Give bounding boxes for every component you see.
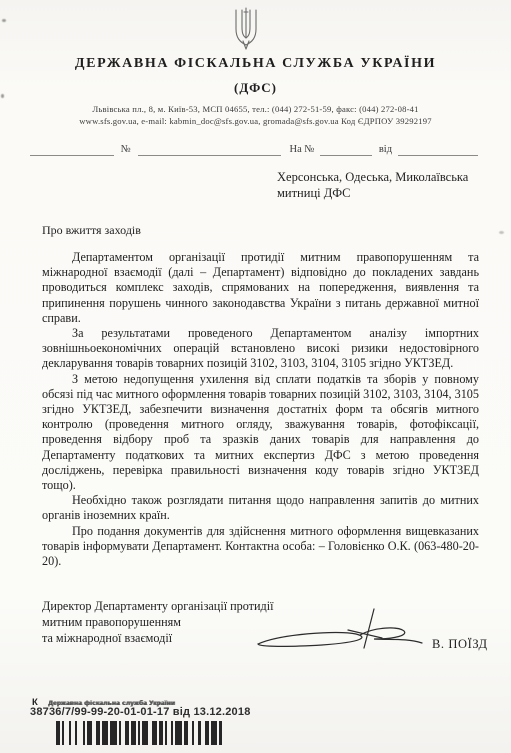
org-name: ДЕРЖАВНА ФІСКАЛЬНА СЛУЖБА УКРАЇНИ bbox=[0, 56, 511, 72]
signatory-title-line: митним правопорушенням bbox=[42, 614, 282, 630]
reference-line: № На № від bbox=[30, 140, 478, 156]
addressee-line: Херсонська, Одеська, Миколаївська bbox=[277, 169, 487, 185]
signatory-title: Директор Департаменту організації протид… bbox=[42, 598, 282, 646]
barcode bbox=[56, 721, 228, 745]
number-label: № bbox=[121, 144, 131, 156]
signatory-title-line: та міжнародної взаємодії bbox=[42, 630, 282, 646]
registration-number: 38736/7/99-99-20-01-01-17 від 13.12.2018 bbox=[30, 706, 260, 718]
org-abbr: (ДФС) bbox=[0, 80, 511, 96]
outgoing-date-blank bbox=[30, 143, 114, 156]
document-page: ДЕРЖАВНА ФІСКАЛЬНА СЛУЖБА УКРАЇНИ (ДФС) … bbox=[0, 0, 511, 753]
subject-line: Про вжиття заходів bbox=[42, 223, 141, 238]
paragraph: Необхідно також розглядати питання щодо … bbox=[42, 493, 479, 523]
from-date-label: від bbox=[379, 144, 392, 156]
scan-speck bbox=[1, 94, 4, 98]
paragraph: Про подання документів для здійснення ми… bbox=[42, 524, 479, 570]
outgoing-number-blank bbox=[138, 143, 281, 156]
paragraph: З метою недопущення ухилення від сплати … bbox=[42, 372, 479, 494]
trident-emblem-icon bbox=[228, 7, 264, 51]
incoming-number-blank bbox=[320, 143, 371, 156]
signatory-name: В. ПОЇЗД bbox=[432, 637, 488, 652]
org-address-line: Львівська пл., 8, м. Київ-53, МСП 04655,… bbox=[0, 104, 511, 114]
on-number-label: На № bbox=[290, 144, 315, 156]
letter-body: Департаментом організації протидії митни… bbox=[42, 250, 479, 569]
incoming-date-blank bbox=[398, 143, 478, 156]
paragraph: Департаментом організації протидії митни… bbox=[42, 250, 479, 326]
addressee-line: митниці ДФС bbox=[277, 185, 487, 201]
signatory-title-line: Директор Департаменту організації протид… bbox=[42, 598, 282, 614]
scan-speck bbox=[499, 231, 504, 234]
handwritten-signature bbox=[252, 608, 432, 666]
paragraph: За результатами проведеного Департаменто… bbox=[42, 326, 479, 372]
org-contacts-line: www.sfs.gov.ua, e-mail: kabmin_doc@sfs.g… bbox=[0, 116, 511, 126]
barcode-bar bbox=[222, 721, 228, 745]
scan-speck bbox=[2, 19, 6, 22]
addressee-block: Херсонська, Одеська, Миколаївська митниц… bbox=[277, 169, 487, 201]
